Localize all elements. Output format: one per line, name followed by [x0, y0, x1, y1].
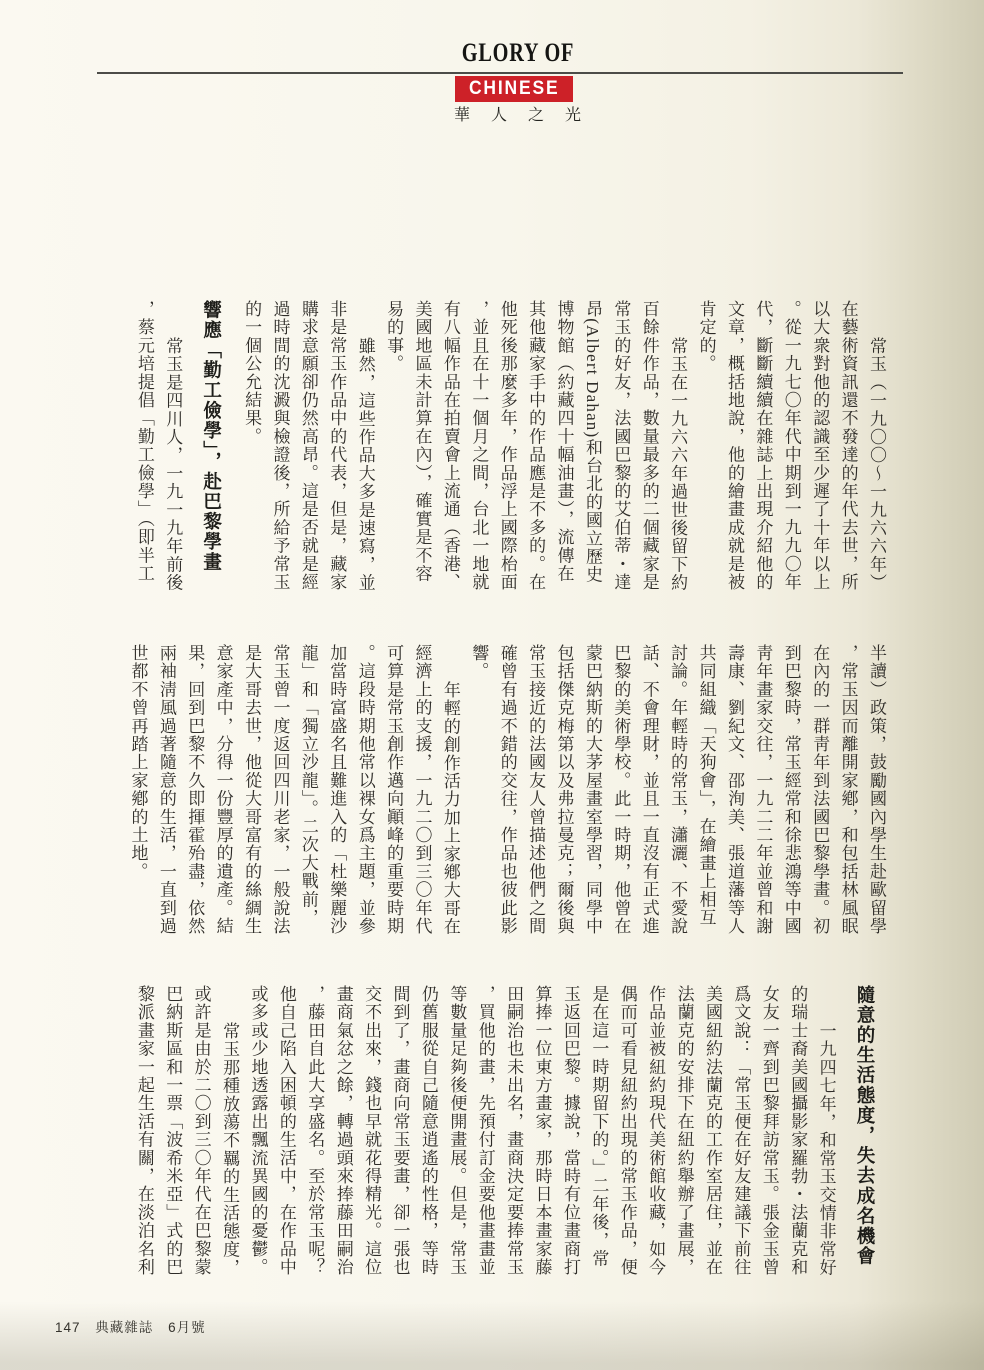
text-column: 購求意願卻仍然高昂。這是否就是經 [293, 300, 321, 596]
text-column: 的瑞士裔美國攝影家羅勃・法蘭克和 [783, 985, 811, 1281]
text-column: 果，回到巴黎不久即揮霍殆盡，依然 [180, 644, 208, 940]
text-column: 經濟上的支援，一九二〇到三〇年代 [407, 644, 435, 940]
text-column: 黎派畫家一起生活有關，在淡泊名利 [129, 985, 157, 1281]
text-column: ，蔡元培提倡「勤工儉學」（即半工 [129, 300, 157, 596]
article-band-bottom: 隨意的生活態度，失去成名機會一九四七年，和常玉交情非常好的瑞士裔美國攝影家羅勃・… [130, 985, 890, 1281]
text-column: 或多或少地透露出飄流異國的憂鬱。 [243, 985, 271, 1281]
text-column: 非是常玉作品中的代表，但是，藏家 [322, 300, 350, 596]
text-column: 話、不會理財，並且一直沒有正式進 [634, 644, 662, 940]
magazine-name: 典藏雜誌 [95, 1320, 153, 1335]
text-column: 巴黎的美術學校。此一時期，他曾在 [606, 644, 634, 940]
text-column: 在藝術資訊還不發達的年代去世，所 [833, 300, 861, 596]
text-column: 他自己陷入困頓的生活中，在作品中 [271, 985, 299, 1281]
text-column: 。從一九七〇年代中期到一九九〇年 [776, 300, 804, 596]
text-column: 蒙巴納斯的大茅屋畫室學習，同學中 [578, 644, 606, 940]
text-column: 玉返回巴黎。據說，當時有位畫商打 [556, 985, 584, 1281]
text-column: 仍舊服從自己隨意逍遙的性格，等時 [414, 985, 442, 1281]
text-column: 女友一齊到巴黎拜訪常玉。張金玉曾 [754, 985, 782, 1281]
article-band-top: 常玉（一九〇〇～一九六六年）在藝術資訊還不發達的年代去世，所以大衆對他的認識至少… [130, 300, 890, 596]
text-column: 其他藏家手中的作品應是不多的。在 [521, 300, 549, 596]
text-column: 等數量足夠後便開畫展。但是，常玉 [442, 985, 470, 1281]
text-column: 他死後那麼多年，作品浮上國際枱面 [492, 300, 520, 596]
text-column: 的一個公允結果。 [237, 300, 265, 596]
text-column: 美國地區未計算在內），確實是不容 [407, 300, 435, 596]
text-column: 爲文說：「常玉便在好友建議下前往 [726, 985, 754, 1281]
text-column: 畫商氣忿之餘，轉過頭來捧藤田嗣治 [328, 985, 356, 1281]
text-column: 有八幅作品在拍賣會上流通（香港、 [436, 300, 464, 596]
header-rule [97, 72, 903, 74]
text-column: 或許是由於二〇到三〇年代在巴黎蒙 [186, 985, 214, 1281]
issue-label: 6月號 [168, 1320, 206, 1335]
text-column: 共同組織「天狗會」，在繪畫上相互 [691, 644, 719, 940]
text-column: 百餘件作品，數量最多的二個藏家是 [634, 300, 662, 596]
text-column: 在內的一群靑年到法國巴黎學畫。初 [805, 644, 833, 940]
text-column: 常玉在一九六六年過世後留下約 [663, 300, 691, 596]
text-column: 巴納斯區和一票「波希米亞」式的巴 [158, 985, 186, 1281]
text-column: 常玉（一九〇〇～一九六六年） [862, 300, 890, 596]
text-column: 昂(Albert Dahan)和台北的國立歷史 [578, 300, 606, 596]
text-column: 過時間的沈澱與檢證後，所給予常玉 [265, 300, 293, 596]
text-column: 常玉接近的法國友人曾描述他們之間 [521, 644, 549, 940]
header-title-english: GLORY OF [440, 38, 596, 68]
text-column: ，並且在十一個月之間，台北一地就 [464, 300, 492, 596]
section-heading: 隨意的生活態度，失去成名機會 [851, 985, 879, 1281]
text-column: 常玉曾一度返回四川老家，一般說法 [265, 644, 293, 940]
header-title-box-text: CHINESE [469, 78, 560, 100]
text-column: 偶而可看見紐約出現的常玉作品，便 [612, 985, 640, 1281]
text-column: 常玉的好友，法國巴黎的艾伯蒂・達 [606, 300, 634, 596]
text-column: ，買他的畫，先預付訂金要他畫畫並 [470, 985, 498, 1281]
magazine-page: GLORY OF CHINESE 華人之光 常玉（一九〇〇～一九六六年）在藝術資… [0, 0, 984, 1370]
text-column: 靑年畫家交往，一九二二年並曾和謝 [748, 644, 776, 940]
section-heading: 響應「勤工儉學」，赴巴黎學畫 [197, 300, 225, 596]
page-number: 147 [55, 1320, 81, 1335]
text-column: 包括傑克梅第以及弗拉曼克；爾後與 [549, 644, 577, 940]
text-column: 到巴黎時，常玉經常和徐悲鴻等中國 [776, 644, 804, 940]
text-column: 代，斷斷續續在雜誌上出現介紹他的 [748, 300, 776, 596]
text-column: 是大哥去世，他從大哥富有的絲綢生 [237, 644, 265, 940]
text-column: 加當時富盛名且難進入的「杜樂麗沙 [322, 644, 350, 940]
text-column: 以大衆對他的認識至少遲了十年以上 [805, 300, 833, 596]
text-column: 壽康、劉紀文、邵洵美、張道藩等人 [720, 644, 748, 940]
text-column: 。這段時期他常以裸女爲主題，並參 [350, 644, 378, 940]
text-column: 博物館（約藏四十幅油畫），流傳在 [549, 300, 577, 596]
page-footer: 147 典藏雜誌 6月號 [55, 1316, 216, 1336]
text-column: 意家產中，分得一份豐厚的遺產。結 [208, 644, 236, 940]
text-column: 龍」和「獨立沙龍」。二次大戰前， [293, 644, 321, 940]
text-column: 易的事。 [379, 300, 407, 596]
text-column: 作品並被紐約現代美術館收藏，如今 [641, 985, 669, 1281]
text-column: 雖然，這些作品大多是速寫，並 [350, 300, 378, 596]
header-title-chinese: 華人之光 [454, 102, 602, 125]
text-column: 田嗣治也未出名，畫商決定要捧常玉 [499, 985, 527, 1281]
text-column: 半讀）政策，鼓勵國內學生赴歐留學 [862, 644, 890, 940]
text-column: 響。 [464, 644, 492, 940]
text-column: 常玉那種放蕩不羈的生活態度， [215, 985, 243, 1281]
text-column: 一九四七年，和常玉交情非常好 [811, 985, 839, 1281]
text-column: 交不出來，錢也早就花得精光。這位 [357, 985, 385, 1281]
text-column: 確曾有過不錯的交往，作品也彼此影 [492, 644, 520, 940]
text-column: ，常玉因而離開家鄕，和包括林風眠 [833, 644, 861, 940]
text-column: 年輕的創作活力加上家鄕大哥在 [436, 644, 464, 940]
text-column: 法蘭克的安排下在紐約舉辦了畫展， [669, 985, 697, 1281]
text-column: 常玉是四川人，一九一九年前後 [158, 300, 186, 596]
header-title-red-box: CHINESE [455, 76, 573, 102]
text-column: 是在這一時期留下的。」二年後，常 [584, 985, 612, 1281]
text-column: 肯定的。 [691, 300, 719, 596]
text-column: 世都不曾再踏上家鄕的土地。 [123, 644, 151, 940]
text-column: 兩袖淸風過著隨意的生活，一直到過 [151, 644, 179, 940]
text-column: 可算是常玉創作邁向顚峰的重要時期 [379, 644, 407, 940]
text-column: 美國紐約法蘭克的工作室居住，並在 [698, 985, 726, 1281]
text-column: 間到了，畫商向常玉要畫，卻一張也 [385, 985, 413, 1281]
text-column: 文章，概括地說，他的繪畫成就是被 [720, 300, 748, 596]
text-column: 算捧一位東方畫家，那時日本畫家藤 [527, 985, 555, 1281]
text-column: ，藤田自此大享盛名。至於常玉呢？ [300, 985, 328, 1281]
article-band-middle: 半讀）政策，鼓勵國內學生赴歐留學，常玉因而離開家鄕，和包括林風眠在內的一群靑年到… [130, 644, 890, 940]
text-column: 討論。年輕時的常玉，瀟灑、不愛說 [663, 644, 691, 940]
